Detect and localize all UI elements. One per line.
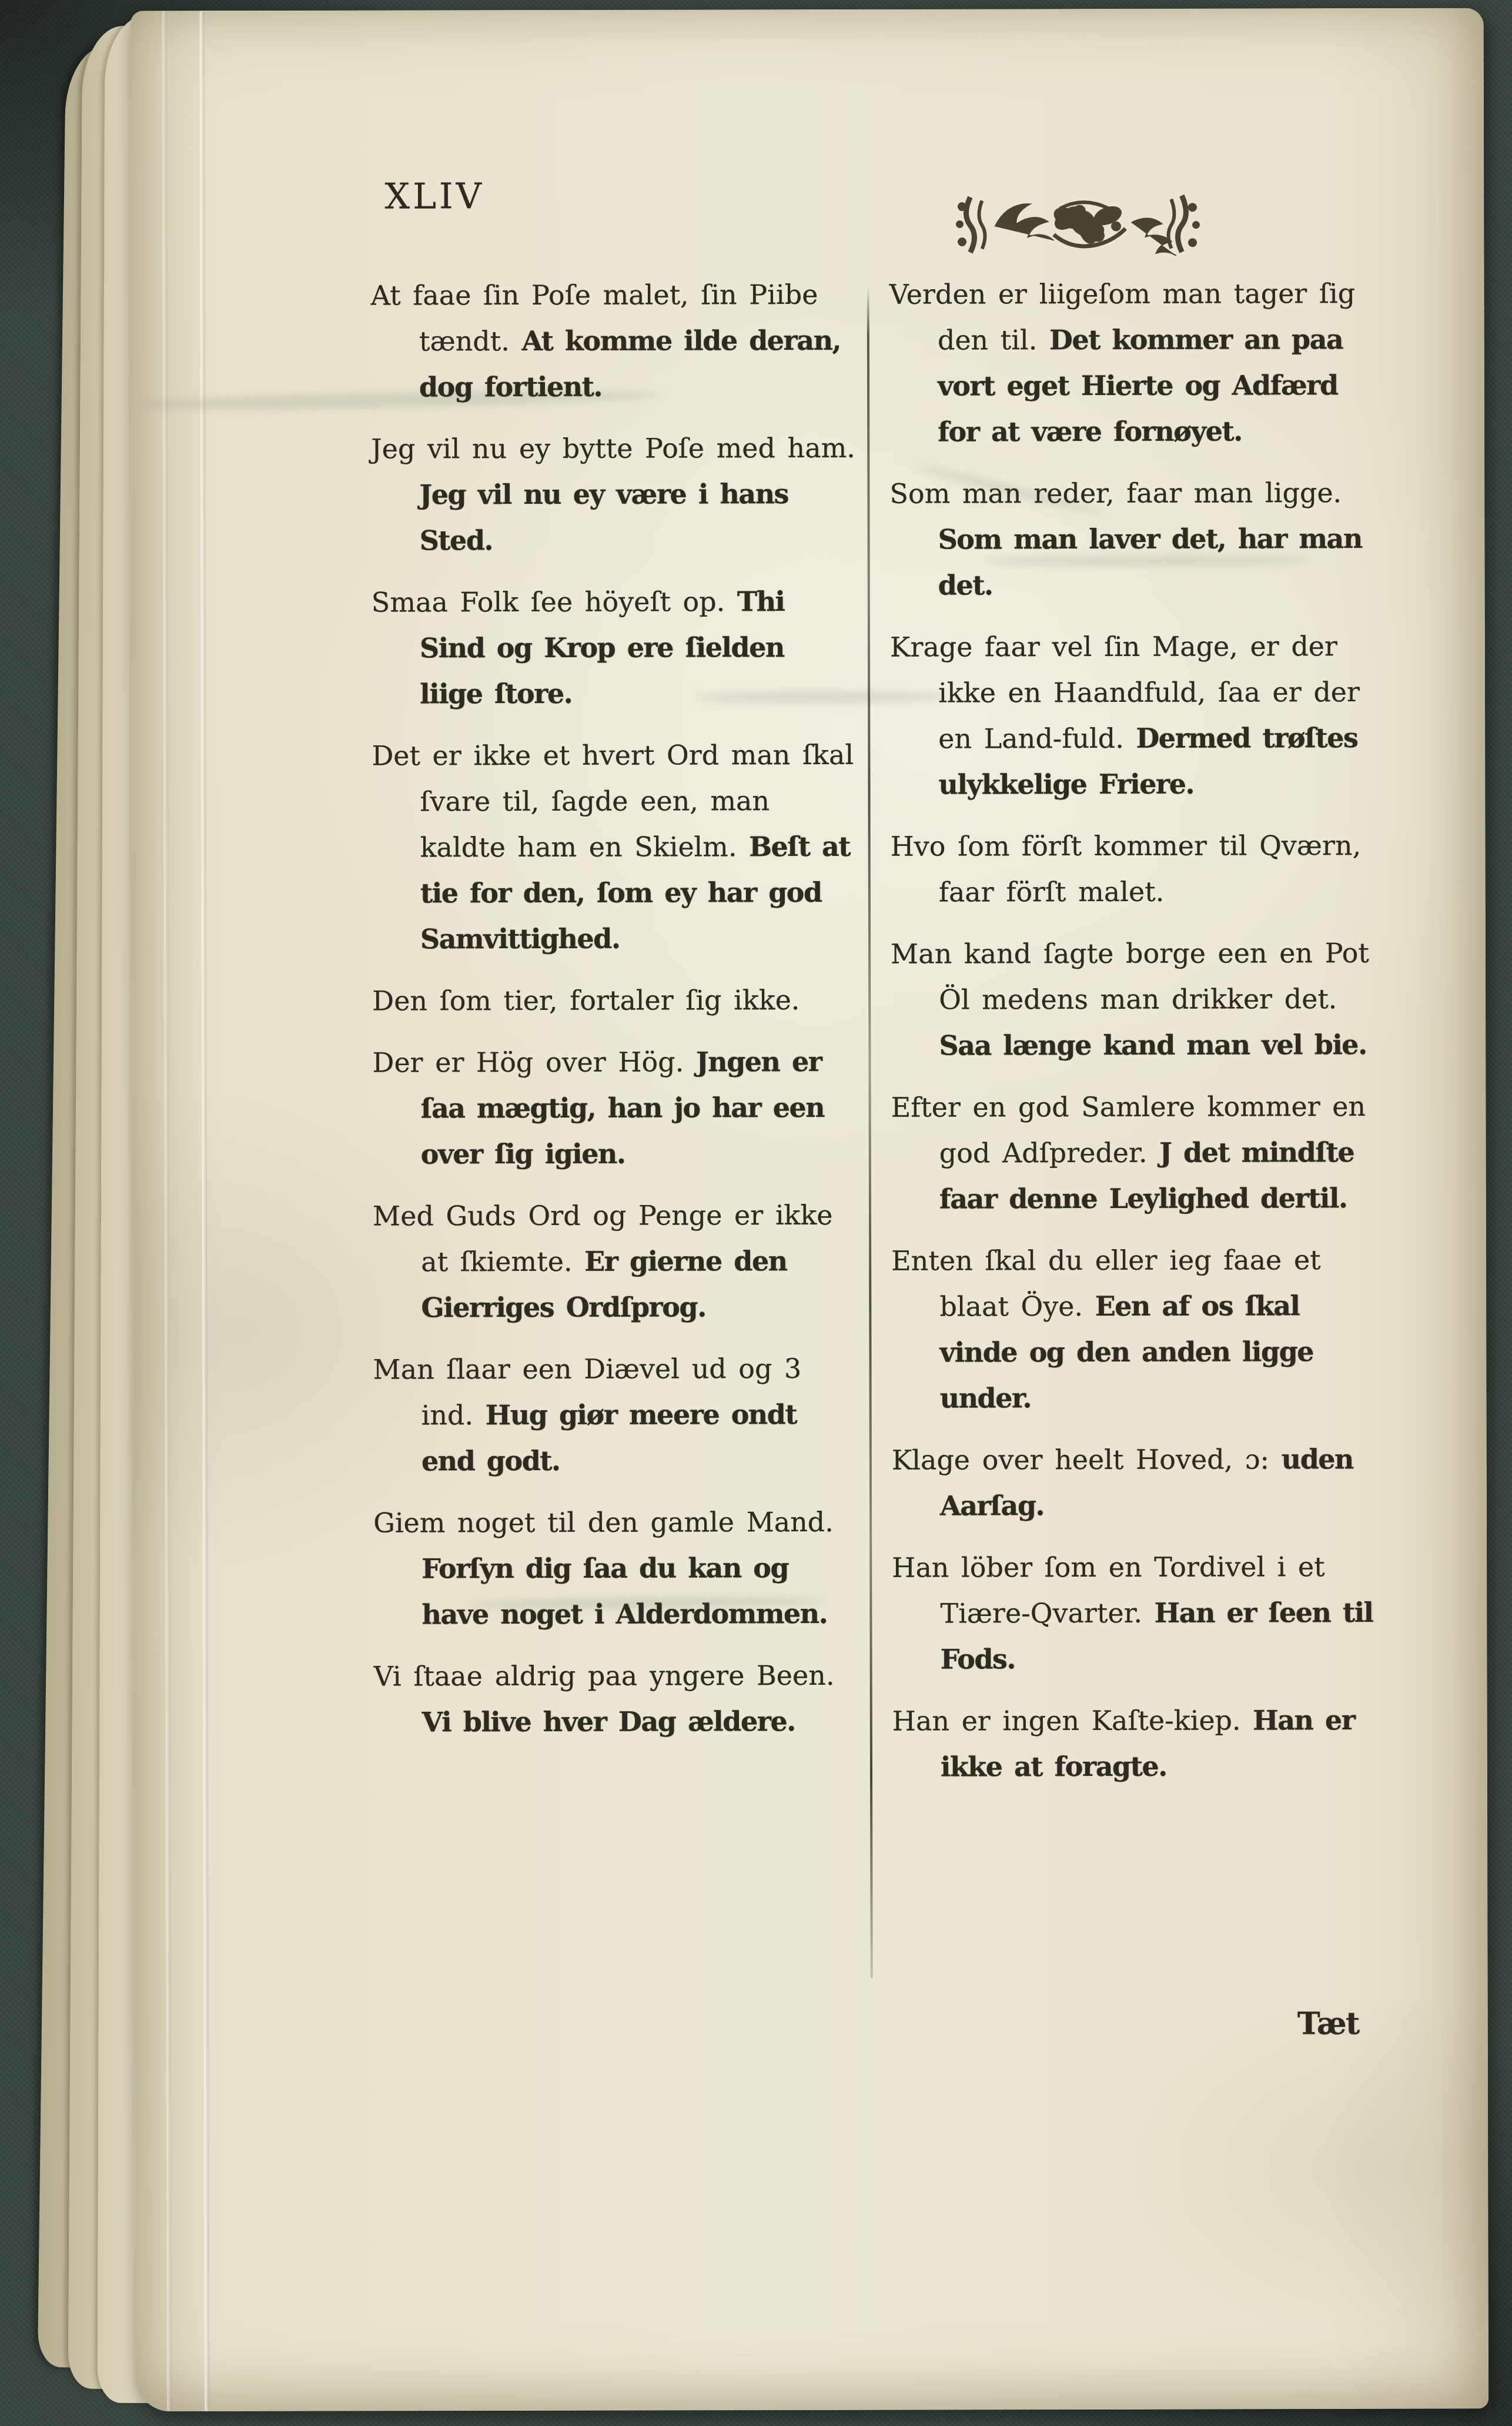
proverb: Som man reder, faar man ligge. Som man l… <box>889 470 1380 608</box>
proverb: Hvo ſom förſt kommer til Qværn, faar för… <box>891 822 1381 915</box>
proverb-text-fraktur: Forſyn dig ſaa du kan og have noget i Al… <box>422 1552 827 1630</box>
proverb-text-roman: Der er Hög over Hög. <box>372 1046 696 1078</box>
proverb: Man ſlaar een Diævel ud og 3 ind. Hug gi… <box>373 1346 859 1484</box>
proverb: Han löber ſom en Tordivel i et Tiære-Qva… <box>892 1544 1382 1682</box>
proverb-text-fraktur: Jeg vil nu ey være i hans Sted. <box>419 478 788 556</box>
proverb-text-roman: Klage over heelt Hoved, ɔ: <box>892 1443 1282 1475</box>
printers-ornament-icon <box>948 185 1206 262</box>
column-left: At faae ſin Poſe malet, ſin Piibe tændt.… <box>371 272 861 1807</box>
book-page: XLIV <box>131 8 1489 2412</box>
catchword: Tæt <box>1297 2006 1359 2042</box>
paper-crease <box>162 11 172 2411</box>
proverb-text-roman: Vi ſtaae aldrig paa yngere Been. <box>374 1659 835 1692</box>
proverb: Med Guds Ord og Penge er ikke at ſkiemte… <box>373 1192 859 1331</box>
proverb: Smaa Folk ſee höyeſt op. Thi Sind og Kro… <box>372 578 858 717</box>
proverb-text-fraktur: Vi blive hver Dag ældere. <box>422 1705 795 1738</box>
proverb: Giem noget til den gamle Mand. Forſyn di… <box>373 1499 860 1638</box>
proverb: At faae ſin Poſe malet, ſin Piibe tændt.… <box>371 272 858 410</box>
proverb: Han er ingen Kaſte-kiep. Han er ikke at … <box>892 1697 1383 1790</box>
proverb: Verden er liigeſom man tager ſig den til… <box>889 270 1380 455</box>
proverb: Det er ikke et hvert Ord man ſkal ſvare … <box>372 732 859 962</box>
proverb: Enten ſkal du eller ieg faae et blaat Öy… <box>891 1237 1382 1421</box>
column-right: Verden er liigeſom man tager ſig den til… <box>889 270 1383 1806</box>
proverb: Krage faar vel ſin Mage, er der ikke en … <box>890 623 1381 808</box>
proverb-text-roman: Smaa Folk ſee höyeſt op. <box>372 585 737 618</box>
proverb-text-roman: Som man reder, faar man ligge. <box>889 477 1342 510</box>
proverb: Efter en god Samlere kommer en god Adſpr… <box>891 1083 1381 1222</box>
proverb: Man kand ſagte borge een en Pot Öl meden… <box>891 930 1381 1069</box>
proverb: Vi ſtaae aldrig paa yngere Been. Vi bliv… <box>374 1652 861 1745</box>
proverb-text-roman: Giem noget til den gamle Mand. <box>373 1506 834 1539</box>
proverb-text-roman: Den ſom tier, fortaler ſig ikke. <box>372 984 800 1017</box>
text-block: At faae ſin Poſe malet, ſin Piibe tændt.… <box>371 270 1383 1807</box>
scanned-book-photo: { "header": { "page_number": "XLIV", "or… <box>0 0 1512 2426</box>
paper-crease <box>200 11 210 2411</box>
proverb: Der er Hög over Hög. Jngen er ſaa mægtig… <box>372 1039 859 1177</box>
proverb-text-roman: Han er ingen Kaſte-kiep. <box>892 1704 1253 1736</box>
proverb-text-roman: Hvo ſom förſt kommer til Qværn, faar för… <box>891 829 1362 908</box>
proverb-text-fraktur: Som man laver det, har man det. <box>938 523 1362 601</box>
proverb-text-fraktur: Saa længe kand man vel bie. <box>939 1029 1366 1062</box>
proverb: Den ſom tier, fortaler ſig ikke. <box>372 977 859 1024</box>
proverb: Jeg vil nu ey bytte Poſe med ham. Jeg vi… <box>371 425 858 564</box>
page-number: XLIV <box>384 176 484 217</box>
proverb-text-roman: Jeg vil nu ey bytte Poſe med ham. <box>371 432 855 465</box>
proverb: Klage over heelt Hoved, ɔ: uden Aarſag. <box>892 1436 1382 1529</box>
proverb-text-roman: Man kand ſagte borge een en Pot Öl meden… <box>891 937 1369 1016</box>
